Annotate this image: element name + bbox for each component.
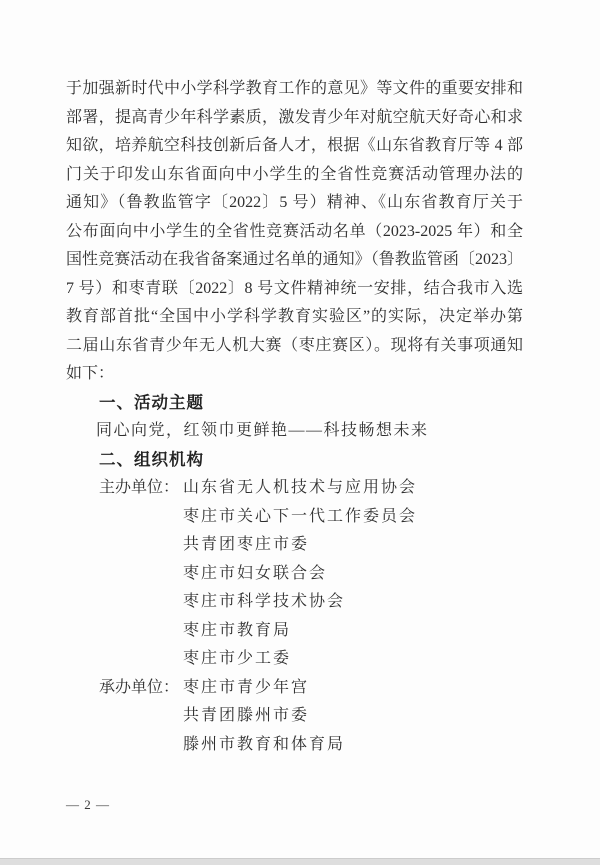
organization-row: 枣庄市科学技术协会 (99, 588, 523, 617)
org-name: 枣庄市科学技术协会 (183, 593, 345, 610)
paragraph-line: 国性竞赛活动在我省备案通过名单的通知》（鲁教监管函〔2023〕 (66, 246, 523, 275)
organization-row: 共青团枣庄市委 (99, 531, 523, 560)
paragraph-line: 公布面向中小学生的全省性竞赛活动名单（2023-2025 年）和全 (66, 218, 523, 247)
org-name: 枣庄市青少年宫 (183, 679, 309, 696)
org-name: 枣庄市教育局 (183, 622, 291, 639)
org-name: 枣庄市关心下一代工作委员会 (183, 508, 417, 525)
org-name: 共青团滕州市委 (183, 707, 309, 724)
organization-list: 主办单位：山东省无人机技术与应用协会 枣庄市关心下一代工作委员会 共青团枣庄市委… (66, 474, 523, 759)
page-number: — 2 — (66, 797, 110, 813)
org-role-label: 承办单位： (99, 674, 183, 703)
organization-row: 枣庄市妇女联合会 (99, 560, 523, 589)
org-name: 枣庄市妇女联合会 (183, 565, 327, 582)
org-role-label: 主办单位： (99, 474, 183, 503)
paragraph-line: 门关于印发山东省面向中小学生的全省性竞赛活动管理办法的 (66, 161, 523, 190)
intro-paragraph: 于加强新时代中小学科学教育工作的意见》等文件的重要安排和 部署，提高青少年科学素… (66, 75, 523, 360)
paragraph-line: 如下： (66, 360, 523, 389)
section-heading-activity-theme: 一、活动主题 (99, 389, 523, 418)
organization-row: 共青团滕州市委 (99, 702, 523, 731)
org-name: 枣庄市少工委 (183, 650, 291, 667)
paragraph-line: 通知》（鲁教监管字〔2022〕5 号）精神、《山东省教育厅关于 (66, 189, 523, 218)
org-name: 滕州市教育和体育局 (183, 736, 345, 753)
paragraph-line: 7 号）和枣青联〔2022〕8 号文件精神统一安排，结合我市入选 (66, 275, 523, 304)
paragraph-line: 于加强新时代中小学科学教育工作的意见》等文件的重要安排和 (66, 75, 523, 104)
scan-bottom-edge (0, 858, 600, 865)
section-heading-organization: 二、组织机构 (99, 446, 523, 475)
paragraph-line: 二届山东省青少年无人机大赛（枣庄赛区）。现将有关事项通知 (66, 332, 523, 361)
paragraph-line: 部署，提高青少年科学素质，激发青少年对航空航天好奇心和求 (66, 104, 523, 133)
org-name: 山东省无人机技术与应用协会 (183, 479, 417, 496)
organization-row: 枣庄市关心下一代工作委员会 (99, 503, 523, 532)
organization-row: 主办单位：山东省无人机技术与应用协会 (99, 474, 523, 503)
paragraph-line: 教育部首批“全国中小学科学教育实验区”的实际，决定举办第 (66, 303, 523, 332)
paragraph-line: 知欲，培养航空科技创新后备人才，根据《山东省教育厅等 4 部 (66, 132, 523, 161)
activity-theme-text: 同心向党，红领巾更鲜艳——科技畅想未来 (96, 417, 523, 446)
organization-row: 枣庄市教育局 (99, 617, 523, 646)
document-body: 于加强新时代中小学科学教育工作的意见》等文件的重要安排和 部署，提高青少年科学素… (66, 75, 523, 759)
org-name: 共青团枣庄市委 (183, 536, 309, 553)
organization-row: 承办单位：枣庄市青少年宫 (99, 674, 523, 703)
scanned-document-page: 于加强新时代中小学科学教育工作的意见》等文件的重要安排和 部署，提高青少年科学素… (0, 0, 600, 865)
organization-row: 枣庄市少工委 (99, 645, 523, 674)
organization-row: 滕州市教育和体育局 (99, 731, 523, 760)
